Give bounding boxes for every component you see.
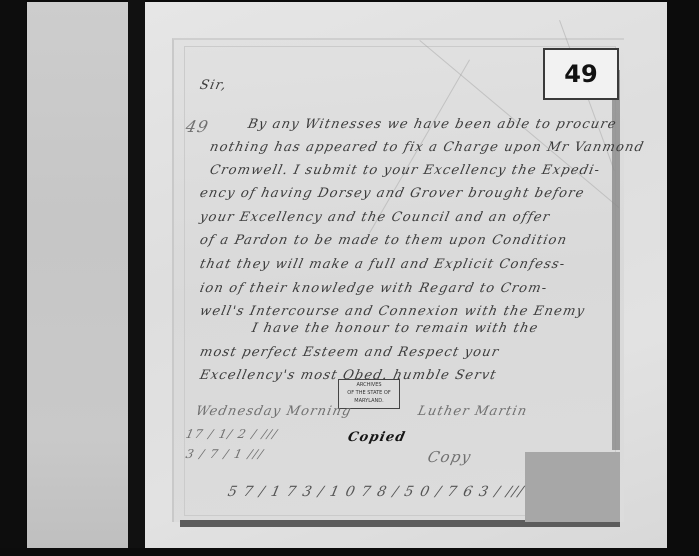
page-number-tag: 49 (543, 48, 619, 100)
margin-number: 49 (184, 117, 211, 136)
closing-line: most perfect Esteem and Respect your (198, 345, 500, 360)
salutation: Sir, (198, 78, 228, 93)
bottom-numeric-marks: 5 7 / 1 7 3 / 1 0 7 8 / 5 0 / 7 6 3 / //… (226, 484, 526, 500)
signature: Luther Martin (416, 404, 528, 419)
letter-line: of a Pardon to be made to them upon Cond… (198, 233, 568, 248)
faint-ledger-marks: 3 / 7 / 1 /// (185, 447, 266, 461)
film-border-left (0, 0, 26, 556)
film-border-bottom (0, 548, 699, 556)
letter-line: ion of their knowledge with Regard to Cr… (198, 281, 549, 296)
letter-line: Cromwell. I submit to your Excellency th… (208, 163, 601, 178)
date-line: Wednesday Morning (194, 404, 353, 419)
letter-line: your Excellency and the Council and an o… (198, 210, 551, 225)
paper-repair-patch (525, 452, 620, 522)
blank-film-frame (27, 2, 128, 548)
closing-line: I have the honour to remain with the (250, 321, 540, 336)
copied-note: Copied (346, 430, 407, 445)
letter-line: nothing has appeared to fix a Charge upo… (208, 140, 645, 155)
film-border-right (667, 0, 699, 556)
stamp-line: OF THE STATE OF (339, 389, 399, 397)
letter-line: that they will make a full and Explicit … (198, 257, 567, 272)
stamp-line: ARCHIVES (339, 381, 399, 389)
copy-note: Copy (426, 448, 473, 466)
film-frame-divider (128, 0, 145, 556)
letter-line: well's Intercourse and Connexion with th… (198, 304, 586, 319)
faint-ledger-marks: 17 / 1/ 2 / /// (185, 427, 280, 441)
letter-line: By any Witnesses we have been able to pr… (246, 117, 618, 132)
letter-line: ency of having Dorsey and Grover brought… (198, 186, 586, 201)
